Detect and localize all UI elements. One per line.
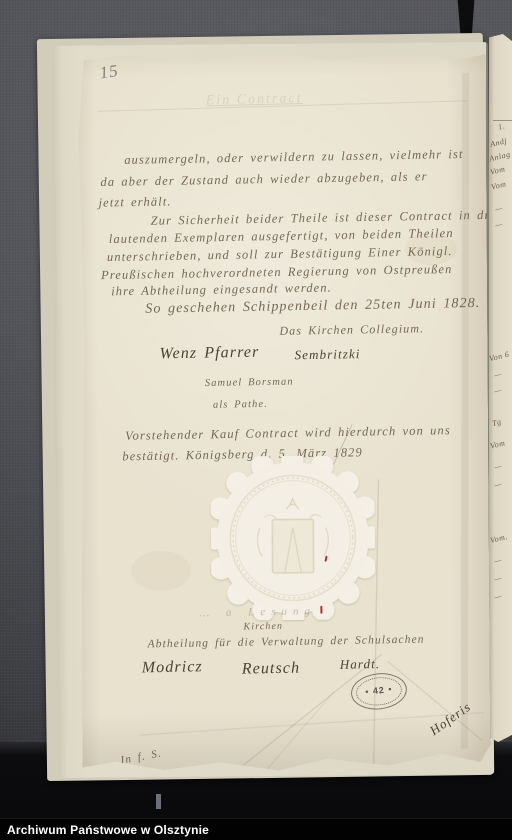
strip-fragment: — [494, 219, 504, 230]
corner-signature: Hoferis [427, 699, 474, 739]
official-signature-reutsch: Reutsch [242, 660, 301, 679]
embossed-seal [210, 455, 375, 620]
strip-fragment: — [493, 479, 503, 490]
strip-fragment: Anlag [488, 150, 511, 164]
collegium-line: Das Kirchen Collegium. [279, 321, 424, 339]
body-line: jetzt erhält. [98, 194, 171, 210]
strip-fragment: — [493, 461, 503, 472]
strip-fragment: — [493, 555, 503, 566]
strip-fragment: — [493, 369, 503, 380]
body-line: auszumergeln, oder verwildern zu lassen,… [124, 147, 463, 168]
strip-fragment: Tg [491, 417, 502, 428]
signature-wenz: Wenz Pfarrer [159, 344, 259, 364]
strip-fragment: Vom [489, 164, 506, 176]
body-line: Preußischen hochverordneten Regierung vo… [101, 262, 453, 283]
red-ink-mark [320, 606, 322, 614]
manuscript-page: 15 Ein Contract auszumergeln, oder verwi… [77, 49, 490, 774]
body-line: lautenden Exemplaren ausgefertigt, von b… [109, 226, 454, 247]
strip-fragment: Andj [489, 136, 508, 149]
witness-name: Samuel Borsman [205, 376, 294, 389]
archive-stamp: • 42 • [349, 670, 409, 712]
strip-fragment: Vom [490, 179, 507, 191]
strip-fragment: 1. [497, 121, 506, 131]
confirmation-line: Vorstehender Kauf Contract wird hierdurc… [125, 423, 451, 444]
office-line-abtheilung: Abtheilung für die Verwaltung der Schuls… [148, 634, 425, 651]
strip-fragment: — [493, 385, 503, 396]
strip-fragment: — [494, 203, 504, 214]
strip-fragment: — [493, 591, 503, 602]
signature-sembritzki: Sembritzki [294, 346, 360, 363]
caption-text: Archiwum Państwowe w Olsztynie [0, 823, 209, 837]
faint-note: … a Lesung [199, 605, 316, 619]
scale-mark [156, 794, 161, 809]
official-signature-modricz: Modricz [142, 658, 203, 677]
strip-fragment: Vom [489, 438, 506, 450]
strip-fragment: Vom. [489, 532, 508, 545]
body-line: da aber der Zustand auch wieder abzugebe… [100, 169, 427, 190]
next-page-strip: 1. Andj Anlag Vom Vom — — Von 6 — — Tg V… [489, 34, 512, 742]
strip-fragment: — [493, 573, 503, 584]
caption-bar: Archiwum Państwowe w Olsztynie [0, 818, 512, 840]
witness-role: als Pathe. [213, 399, 268, 411]
bleedthrough-text: Ein Contract [206, 91, 303, 109]
page-number: 15 [98, 61, 120, 84]
office-line-kirchen: Kirchen [243, 621, 283, 633]
dateline: So geschehen Schippenbeil den 25ten Juni… [145, 296, 480, 318]
official-signature-hardt: Hardt. [340, 656, 381, 673]
body-line: ihre Abtheilung eingesandt werden. [111, 281, 332, 300]
archive-photo: 1. Andj Anlag Vom Vom — — Von 6 — — Tg V… [0, 0, 512, 840]
strip-fragment: Von 6 [488, 350, 510, 364]
